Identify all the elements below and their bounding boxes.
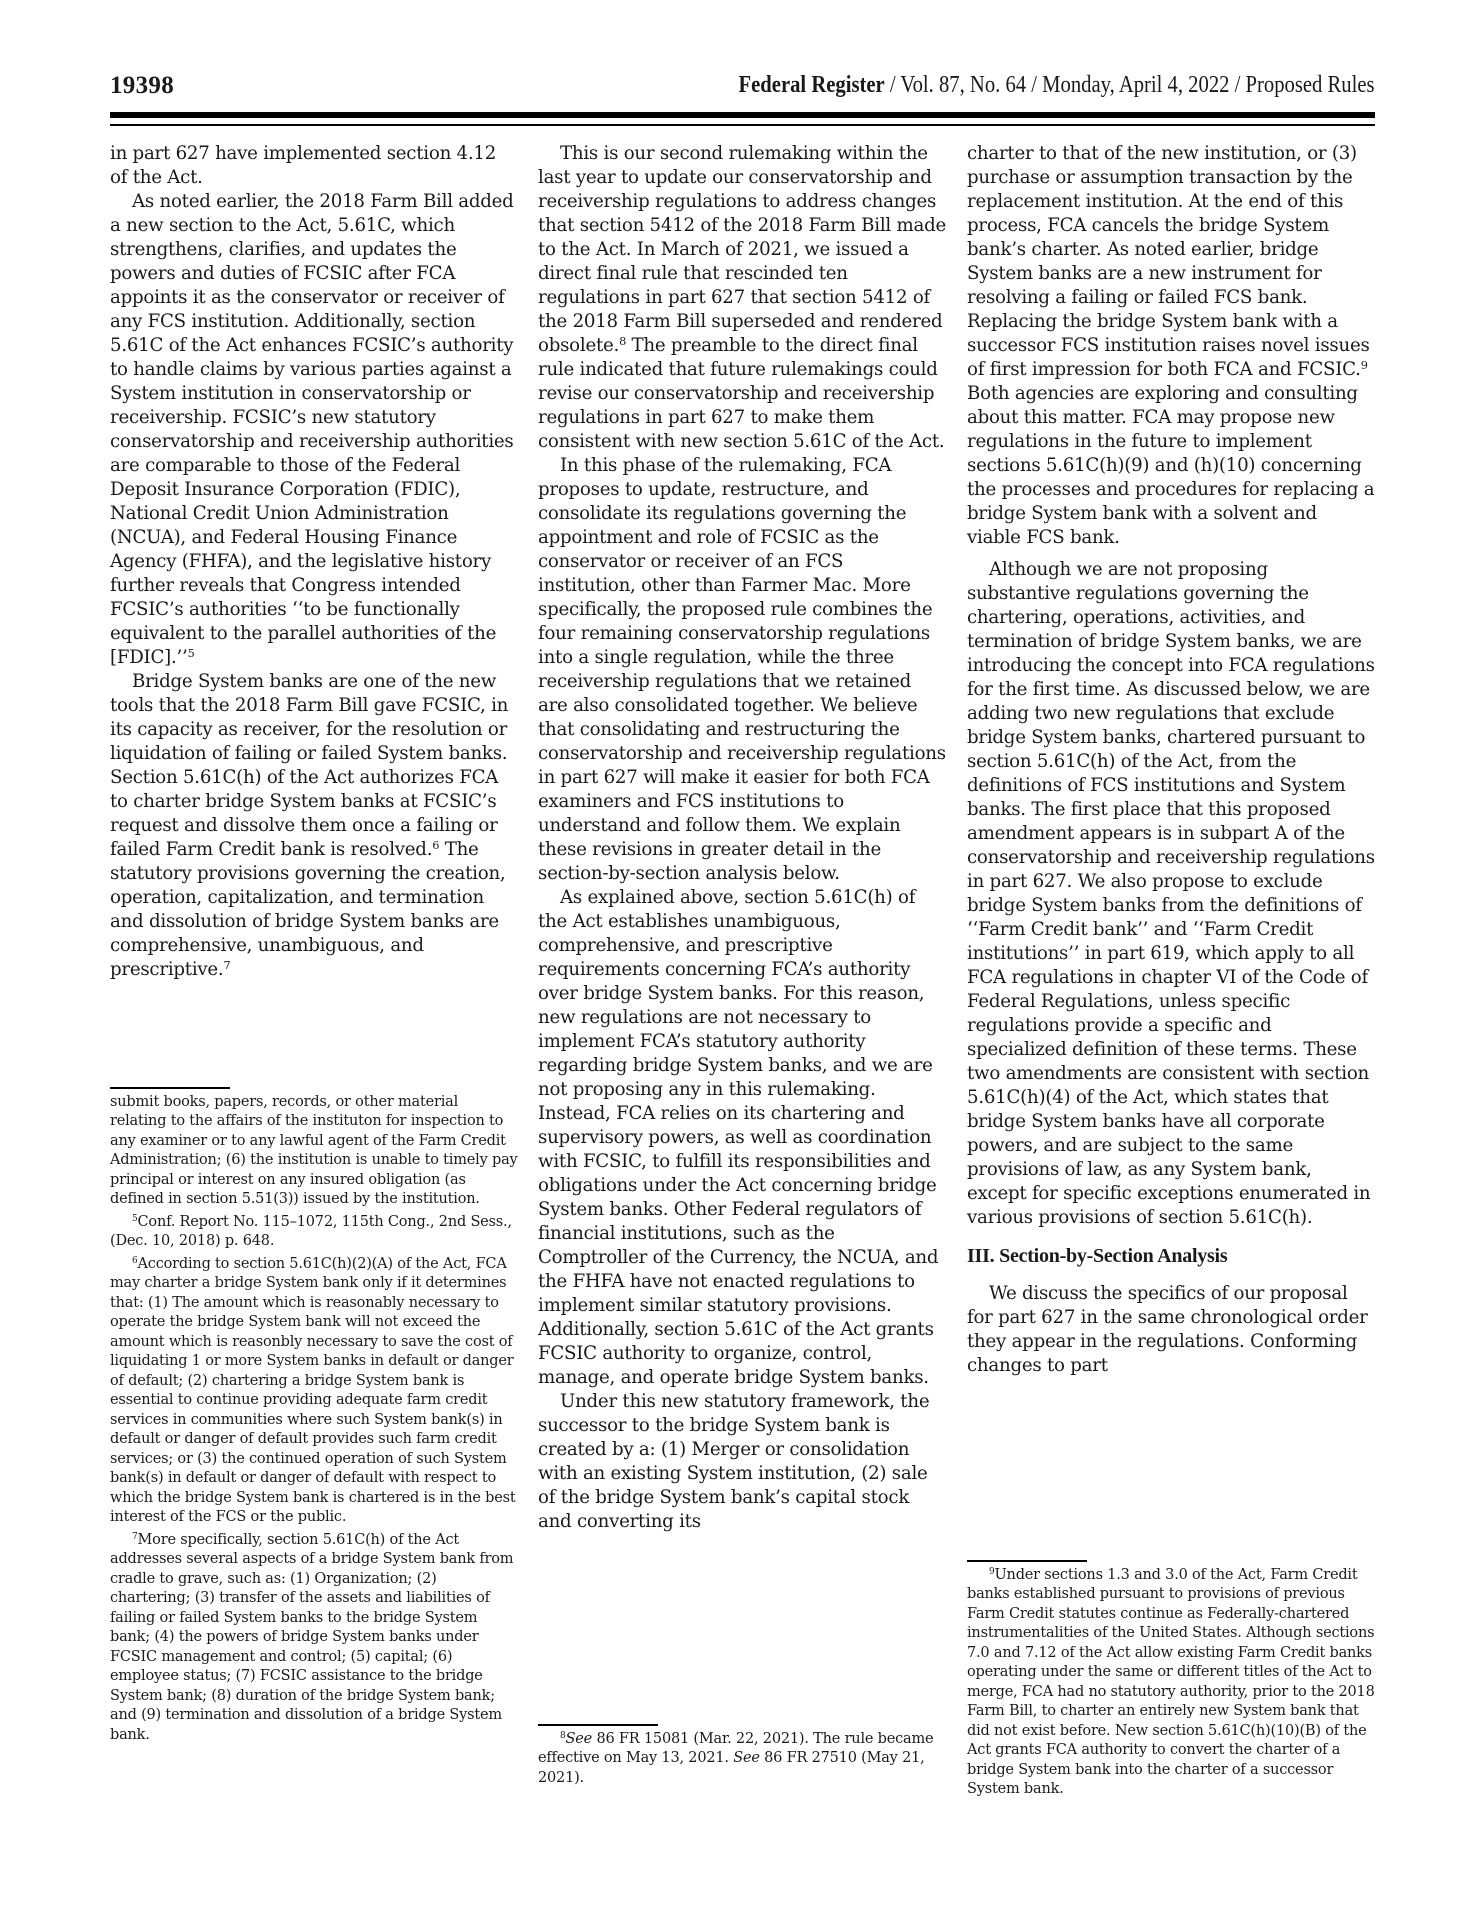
footnote-text: Under sections 1.3 and 3.0 of the Act, F… xyxy=(967,1567,1375,1798)
footnote-signal: See xyxy=(566,1731,593,1747)
header-rule-thin xyxy=(110,124,1375,126)
paragraph: charter to that of the new institution, … xyxy=(967,142,1375,550)
column-2-footnotes: 8See 86 FR 15081 (Mar. 22, 2021). The ru… xyxy=(538,1730,946,1789)
column-3-footnotes: 9Under sections 1.3 and 3.0 of the Act, … xyxy=(967,1566,1375,1800)
publication-title: Federal Register xyxy=(739,72,885,98)
footnote-9: 9Under sections 1.3 and 3.0 of the Act, … xyxy=(967,1566,1375,1800)
paragraph: in part 627 have implemented section 4.1… xyxy=(110,142,518,190)
issue-info: Vol. 87, No. 64 xyxy=(901,72,1027,98)
footnote-6: 6According to section 5.61C(h)(2)(A) of … xyxy=(110,1255,518,1528)
paragraph: Bridge System banks are one of the new t… xyxy=(110,670,518,982)
section-name: Proposed Rules xyxy=(1246,72,1375,98)
page-header: 19398 Federal Register / Vol. 87, No. 64… xyxy=(110,72,1375,102)
paragraph: This is our second rulemaking within the… xyxy=(538,142,946,454)
page-number: 19398 xyxy=(110,72,174,100)
footnote-text: Conf. Report No. 115–1072, 115th Cong., … xyxy=(110,1214,512,1250)
footnote-7: 7More specifically, section 5.61C(h) of … xyxy=(110,1531,518,1746)
footnote-rule xyxy=(967,1560,1087,1562)
paragraph: As noted earlier, the 2018 Farm Bill add… xyxy=(110,190,518,670)
column-1: in part 627 have implemented section 4.1… xyxy=(110,142,518,1745)
footnote-ref[interactable]: 8 xyxy=(619,335,626,348)
section-heading: III. Section-by-Section Analysis xyxy=(967,1244,1375,1268)
footnote-ref[interactable]: 9 xyxy=(1361,359,1368,372)
column-1-body: in part 627 have implemented section 4.1… xyxy=(110,142,518,1087)
footnote-ref[interactable]: 7 xyxy=(223,959,230,972)
running-head: Federal Register / Vol. 87, No. 64 / Mon… xyxy=(739,72,1375,99)
footnote-text: More specifically, section 5.61C(h) of t… xyxy=(110,1532,513,1743)
header-rule-thick xyxy=(110,112,1375,118)
paragraph-text: charter to that of the new institution, … xyxy=(967,143,1370,380)
footnote-rule xyxy=(538,1724,658,1726)
footnote-8: 8See 86 FR 15081 (Mar. 22, 2021). The ru… xyxy=(538,1730,946,1789)
paragraph: In this phase of the rulemaking, FCA pro… xyxy=(538,454,946,886)
issue-date: Monday, April 4, 2022 xyxy=(1043,72,1230,98)
footnote-signal: See xyxy=(733,1750,760,1766)
paragraph-text: Bridge System banks are one of the new t… xyxy=(110,671,508,860)
column-2: This is our second rulemaking within the… xyxy=(538,142,946,1788)
paragraph: We discuss the specifics of our proposal… xyxy=(967,1282,1375,1378)
column-3-body: charter to that of the new institution, … xyxy=(967,142,1375,1560)
footnote-ref[interactable]: 5 xyxy=(188,647,195,660)
paragraph: Although we are not proposing substantiv… xyxy=(967,558,1375,1230)
paragraph-text: As noted earlier, the 2018 Farm Bill add… xyxy=(110,191,514,668)
paragraph: As explained above, section 5.61C(h) of … xyxy=(538,886,946,1390)
paragraph-text: This is our second rulemaking within the… xyxy=(538,143,946,356)
column-1-footnotes: submit books, papers, records, or other … xyxy=(110,1093,518,1746)
paragraph-text: Both agencies are exploring and consulti… xyxy=(967,383,1374,548)
paragraph: Under this new statutory framework, the … xyxy=(538,1390,946,1534)
footnote-text: According to section 5.61C(h)(2)(A) of t… xyxy=(110,1256,516,1526)
column-3: charter to that of the new institution, … xyxy=(967,142,1375,1800)
footnote-rule xyxy=(110,1087,230,1089)
column-2-body: This is our second rulemaking within the… xyxy=(538,142,946,1724)
footnote-continuation: submit books, papers, records, or other … xyxy=(110,1093,518,1210)
paragraph-text: The statutory provisions governing the c… xyxy=(110,839,505,980)
footnote-5: 5Conf. Report No. 115–1072, 115th Cong.,… xyxy=(110,1213,518,1252)
